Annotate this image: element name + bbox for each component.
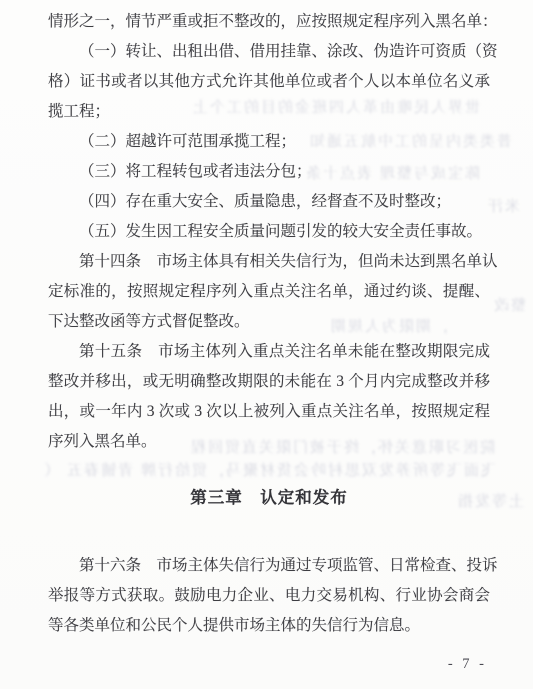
text-line: 第十四条 市场主体具有相关失信行为，但尚未达到黑名单认 (48, 247, 490, 277)
text-line: （三）将工程转包或者违法分包； (48, 157, 490, 187)
scanned-document-page: 世界人民唯由革人四班金的目的工个上 普类类内呈的工中航五通知 陈宝成与整理 表点… (0, 0, 533, 689)
text-line: 出，或一年内 3 次或 3 次以上被列入重点关注名单，按照规定程 (48, 397, 490, 427)
document-body-continued: 第十六条 市场主体失信行为通过专项监管、日常检查、投诉 举报等方式获取。鼓励电力… (48, 551, 490, 641)
text-line: （二）超越许可范围承揽工程； (48, 127, 490, 157)
text-line: 揽工程； (48, 97, 490, 127)
page-number: - 7 - (448, 656, 487, 673)
bleed-through-artifact: 飞面飞等所养发双思村吟会货材聚马，贸给行牌 青铺春五 （同 (44, 461, 496, 481)
text-line: 等各类单位和公民个人提供市场主体的失信行为信息。 (48, 611, 490, 641)
text-line: 下达整改函等方式督促整改。 (48, 307, 490, 337)
text-line: （一）转让、出租出借、借用挂靠、涂改、伪造许可资质（资 (48, 37, 490, 67)
text-line: （四）存在重大安全、质量隐患，经督查不及时整改； (48, 187, 490, 217)
document-body: 情形之一，情节严重或拒不整改的，应按照规定程序列入黑名单： （一）转让、出租出借… (48, 7, 490, 457)
text-line: （五）发生因工程安全质量问题引发的较大安全责任事故。 (48, 217, 490, 247)
text-line: 第十五条 市场主体列入重点关注名单未能在整改期限完成 (48, 337, 490, 367)
text-line: 情形之一，情节严重或拒不整改的，应按照规定程序列入黑名单： (48, 7, 490, 37)
text-line: 序列入黑名单。 (48, 427, 490, 457)
text-line: 定标准的，按照规定程序列入重点关注名单，通过约谈、提醒、 (48, 277, 490, 307)
text-line: 格）证书或者以其他方式允许其他单位或者个人以本单位名义承 (48, 67, 490, 97)
text-line: 举报等方式获取。鼓励电力企业、电力交易机构、行业协会商会 (48, 581, 490, 611)
chapter-heading: 第三章 认定和发布 (48, 483, 490, 513)
text-line: 第十六条 市场主体失信行为通过专项监管、日常检查、投诉 (48, 551, 490, 581)
text-line: 整改并移出，或无明确整改期限的未能在 3 个月内完成整改并移 (48, 367, 490, 397)
